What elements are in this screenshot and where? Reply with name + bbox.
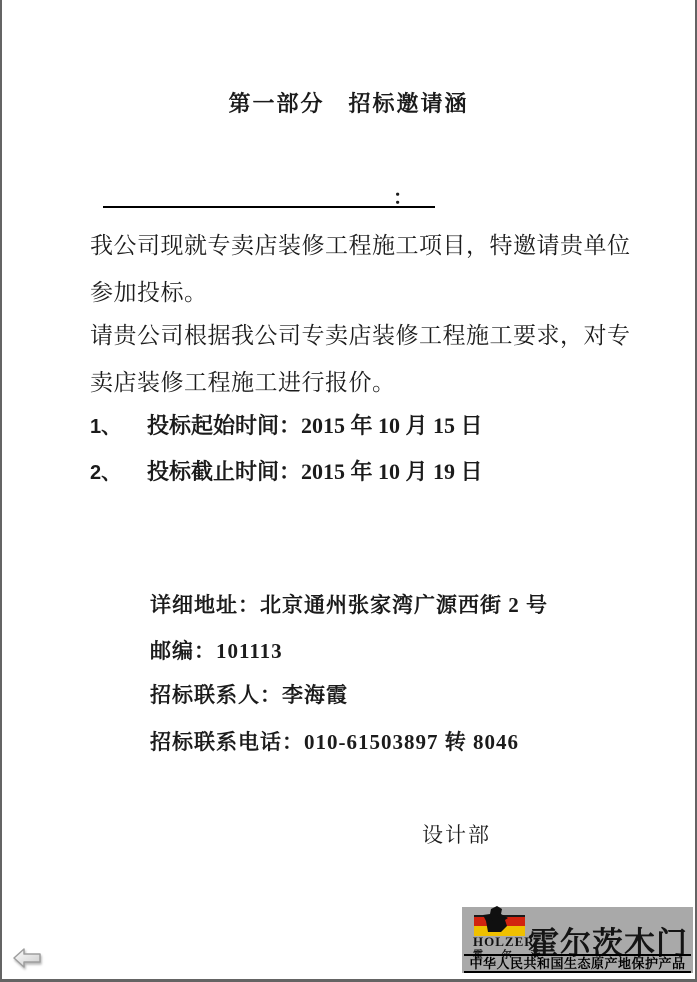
list-item-number: 1、: [90, 410, 147, 439]
paragraph-line-1: 我公司现就专卖店装修工程施工项目，特邀请贵单位: [90, 227, 631, 260]
list-item-text: 投标起始时间：2015 年 10 月 15 日: [147, 413, 483, 438]
salutation-blank-line: ：: [103, 181, 435, 208]
contact-line-address: 详细地址：北京通州张家湾广源西街 2 号: [150, 589, 548, 619]
paragraph-line-4: 卖店装修工程施工进行报价。: [90, 364, 396, 397]
contact-line-phone: 招标联系电话：010-61503897 转 8046: [150, 726, 519, 756]
list-item-number: 2、: [90, 456, 147, 485]
list-item-text: 投标截止时间：2015 年 10 月 19 日: [147, 459, 483, 484]
certification-banner: 中华人民共和国生态原产地保护产品: [464, 954, 691, 973]
document-title: 第一部分 招标邀请涵: [2, 87, 695, 118]
woodpecker-icon: [481, 905, 513, 933]
salutation-colon: ：: [393, 187, 413, 209]
signature-department: 设计部: [422, 819, 491, 849]
list-item-bid-start: 1、投标起始时间：2015 年 10 月 15 日: [90, 409, 483, 440]
paragraph-line-2: 参加投标。: [90, 274, 208, 307]
paragraph-line-3: 请贵公司根据我公司专卖店装修工程施工要求，对专: [90, 317, 631, 350]
document-page: 第一部分 招标邀请涵 ： 我公司现就专卖店装修工程施工项目，特邀请贵单位 参加投…: [0, 0, 697, 982]
list-item-bid-end: 2、投标截止时间：2015 年 10 月 19 日: [90, 455, 483, 486]
contact-line-person: 招标联系人：李海霞: [150, 679, 348, 709]
contact-line-postcode: 邮编：101113: [150, 635, 283, 665]
back-arrow-icon[interactable]: [12, 946, 42, 972]
brand-logo: HOLZER 霍 尔 茨 霍尔茨木门 中华人民共和国生态原产地保护产品: [462, 907, 693, 973]
